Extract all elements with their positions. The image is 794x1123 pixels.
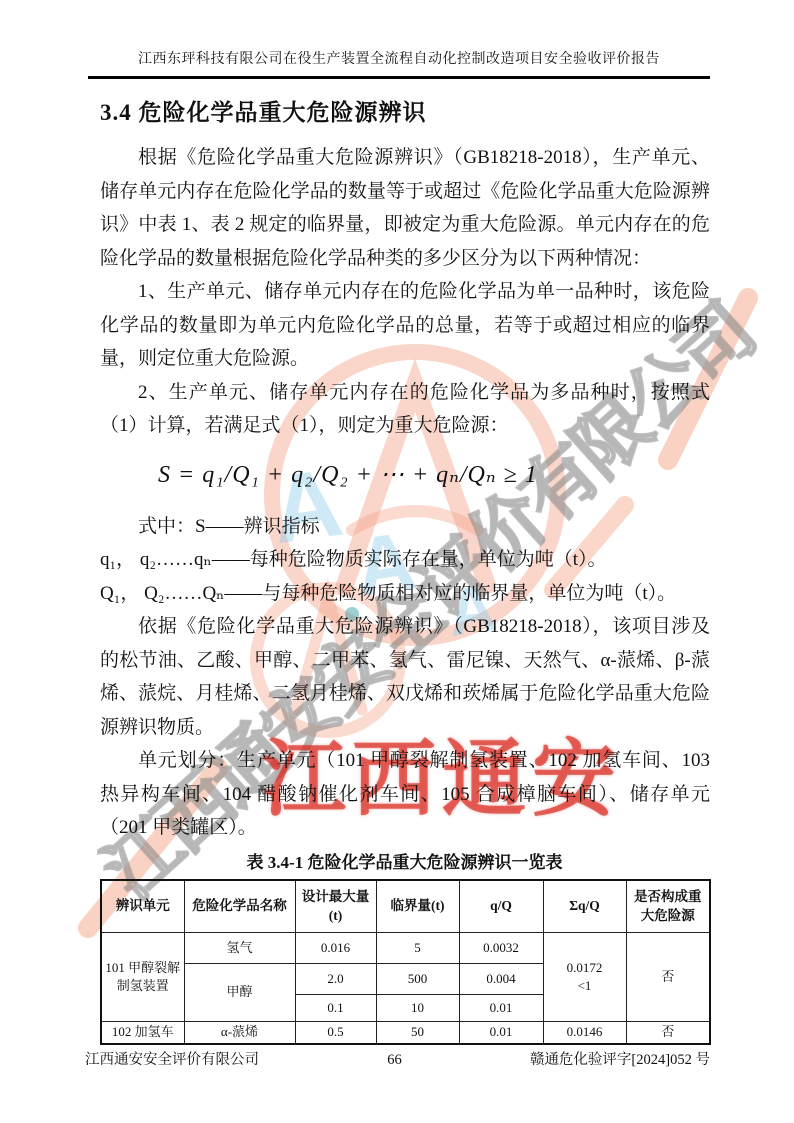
page-footer: 江西通安安全评价有限公司 66 赣通危化验评字[2024]052 号 (85, 1048, 710, 1069)
cell-qq: 0.01 (459, 994, 543, 1021)
cell-chemical: α-蒎烯 (184, 1021, 295, 1044)
cell-sum-qq: 0.0172 <1 (543, 932, 626, 1021)
cell-qq: 0.0032 (459, 932, 543, 963)
formula-where-line: 式中：S——辨识指标 (100, 510, 710, 544)
formula-where-line: q₁， q₂……qₙ——每种危险物质实际存在量，单位为吨（t）。 (100, 543, 710, 577)
table-header-row: 辨识单元 危险化学品名称 设计最大量(t) 临界量(t) q/Q Σq/Q 是否… (101, 880, 710, 932)
cell-design-max: 0.016 (295, 932, 376, 963)
cell-chemical: 氢气 (184, 932, 295, 963)
cell-major-flag: 否 (626, 932, 710, 1021)
cell-qq: 0.01 (459, 1021, 543, 1044)
cell-design-max: 0.5 (295, 1021, 376, 1044)
cell-design-max: 0.1 (295, 994, 376, 1021)
report-page: A A A 江西通安安全评价有限公司 江西通安 江西东玶科技有限公司在役生产装置… (0, 0, 794, 1123)
cell-design-max: 2.0 (295, 963, 376, 994)
section-title: 3.4 危险化学品重大危险源辨识 (100, 94, 427, 127)
paragraph: 根据《危险化学品重大危险源辨识》（GB18218-2018），生产单元、储存单元… (100, 141, 710, 275)
col-header-critical: 临界量(t) (376, 880, 459, 932)
col-header-major: 是否构成重大危险源 (626, 880, 710, 932)
formula-where-line: Q₁， Q₂……Qₙ——与每种危险物质相对应的临界量，单位为吨（t）。 (100, 577, 710, 611)
col-header-design-max: 设计最大量(t) (295, 880, 376, 932)
cell-critical: 500 (376, 963, 459, 994)
cell-unit-102: 102 加氢车 (101, 1021, 184, 1044)
sum-qq-compare: <1 (545, 977, 625, 995)
cell-critical: 5 (376, 932, 459, 963)
paragraph: 依据《危险化学品重大危险源辨识》（GB18218-2018），该项目涉及的松节油… (100, 610, 710, 744)
hazard-identification-table: 辨识单元 危险化学品名称 设计最大量(t) 临界量(t) q/Q Σq/Q 是否… (100, 879, 711, 1045)
paragraph: 单元划分：生产单元（101 甲醇裂解制氢装置、102 加氢车间、103 热异构车… (100, 744, 710, 845)
formula: S = q₁/Q₁ + q₂/Q₂ + ⋯ + qₙ/Qₙ ≥ 1 (100, 443, 710, 510)
col-header-sum-qq: Σq/Q (543, 880, 626, 932)
footer-doc-number: 赣通危化验评字[2024]052 号 (530, 1048, 710, 1069)
footer-page-number: 66 (387, 1052, 402, 1069)
col-header-qq: q/Q (459, 880, 543, 932)
table-row: 102 加氢车 α-蒎烯 0.5 50 0.01 0.0146 否 (101, 1021, 710, 1044)
cell-qq: 0.004 (459, 963, 543, 994)
cell-critical: 50 (376, 1021, 459, 1044)
col-header-unit: 辨识单元 (101, 880, 184, 932)
paragraph: 2、生产单元、储存单元内存在的危险化学品为多品种时，按照式（1）计算，若满足式（… (100, 376, 710, 443)
col-header-chemical: 危险化学品名称 (184, 880, 295, 932)
cell-chemical: 甲醇 (184, 963, 295, 1021)
body-text: 根据《危险化学品重大危险源辨识》（GB18218-2018），生产单元、储存单元… (100, 141, 710, 845)
page-header-title: 江西东玶科技有限公司在役生产装置全流程自动化控制改造项目安全验收评价报告 (88, 48, 710, 79)
footer-company: 江西通安安全评价有限公司 (85, 1048, 259, 1069)
cell-critical: 10 (376, 994, 459, 1021)
table-caption: 表 3.4-1 危险化学品重大危险源辨识一览表 (100, 848, 709, 873)
page-content: 江西东玶科技有限公司在役生产装置全流程自动化控制改造项目安全验收评价报告 3.4… (0, 0, 794, 1123)
paragraph: 1、生产单元、储存单元内存在的危险化学品为单一品种时，该危险化学品的数量即为单元… (100, 275, 710, 376)
cell-sum-qq: 0.0146 (543, 1021, 626, 1044)
cell-unit-101: 101 甲醇裂解制氢装置 (101, 932, 184, 1021)
sum-qq-value: 0.0172 (545, 959, 625, 977)
hazard-table-block: 表 3.4-1 危险化学品重大危险源辨识一览表 辨识单元 危险化学品名称 设计最… (100, 848, 709, 1045)
cell-major-flag: 否 (626, 1021, 710, 1044)
table-row: 101 甲醇裂解制氢装置 氢气 0.016 5 0.0032 0.0172 <1… (101, 932, 710, 963)
